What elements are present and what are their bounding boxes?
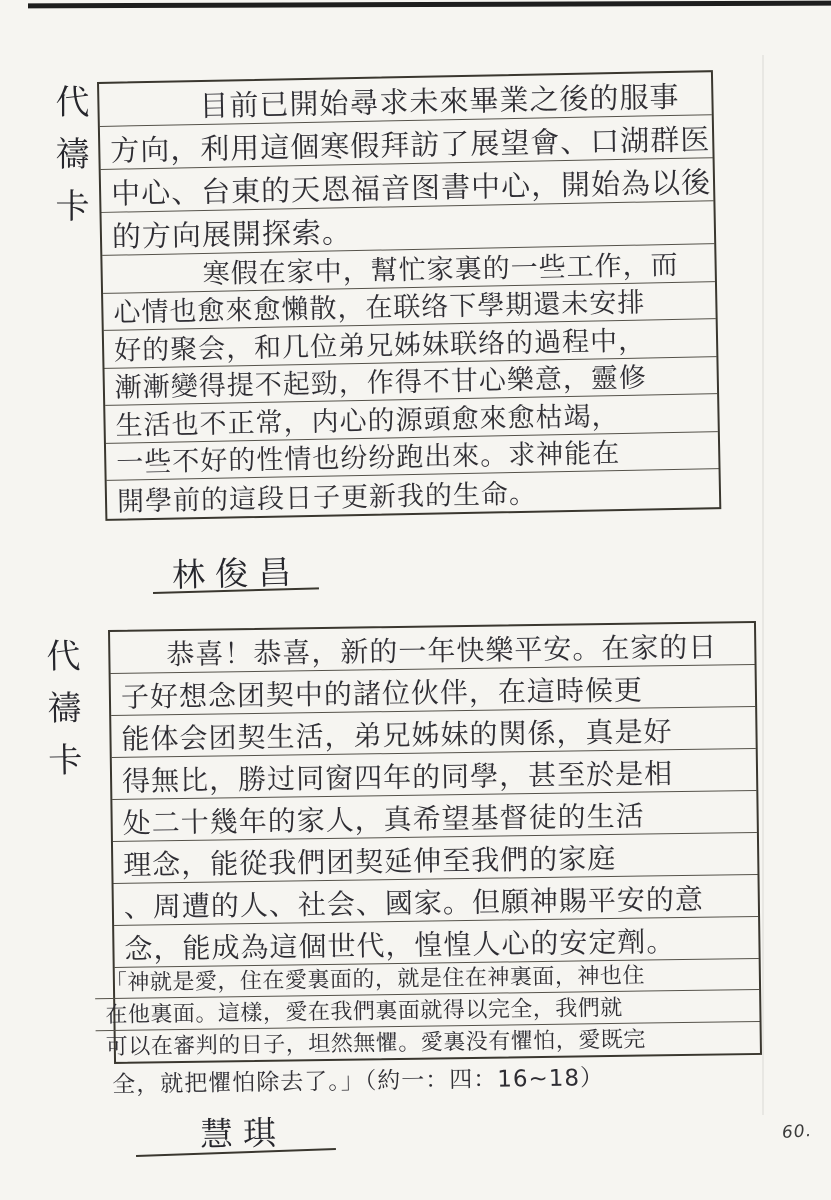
prayer-card-1: 目前已開始尋求未來畢業之後的服事方向，利用這個寒假拜訪了展望會、口湖群医中心、台… — [97, 70, 721, 520]
card2-vertical-label: 代禱卡 — [43, 638, 80, 795]
card1-vertical-label: 代禱卡 — [52, 84, 86, 240]
card1-paragraph-1: 目前已開始尋求未來畢業之後的服事方向，利用這個寒假拜訪了展望會、口湖群医中心、台… — [99, 72, 714, 256]
scan-edge-artifact — [28, 1, 831, 9]
card2-signature: 慧琪 — [200, 1107, 287, 1155]
card2-quote-overflow-line: 全，就把懼怕除去了。」（約一：四：16~18） — [112, 1059, 604, 1099]
card2-body: 恭喜！恭喜，新的一年快樂平安。在家的日子好想念团契中的諸位伙伴，在這時候更能体会… — [110, 623, 759, 968]
page-number: 60. — [781, 1121, 812, 1143]
card2-scripture-quote: 「神就是愛，住在愛裏面的，就是住在神裏面，神也住在他裏面。這樣，愛在我們裏面就得… — [95, 959, 760, 1062]
card1-paragraph-2: 寒假在家中，幫忙家裏的一些工作，而心情也愈來愈懶散，在联络下學期還未安排好的聚会… — [102, 244, 719, 518]
card2-ruled-box: 恭喜！恭喜，新的一年快樂平安。在家的日子好想念团契中的諸位伙伴，在這時候更能体会… — [108, 621, 762, 1064]
paper-crease — [762, 55, 764, 1115]
scanned-page: { "page": { "number": "60.", "colors": {… — [0, 0, 831, 1200]
card1-ruled-box: 目前已開始尋求未來畢業之後的服事方向，利用這個寒假拜訪了展望會、口湖群医中心、台… — [97, 70, 721, 520]
prayer-card-2: 恭喜！恭喜，新的一年快樂平安。在家的日子好想念团契中的諸位伙伴，在這時候更能体会… — [108, 621, 762, 1064]
